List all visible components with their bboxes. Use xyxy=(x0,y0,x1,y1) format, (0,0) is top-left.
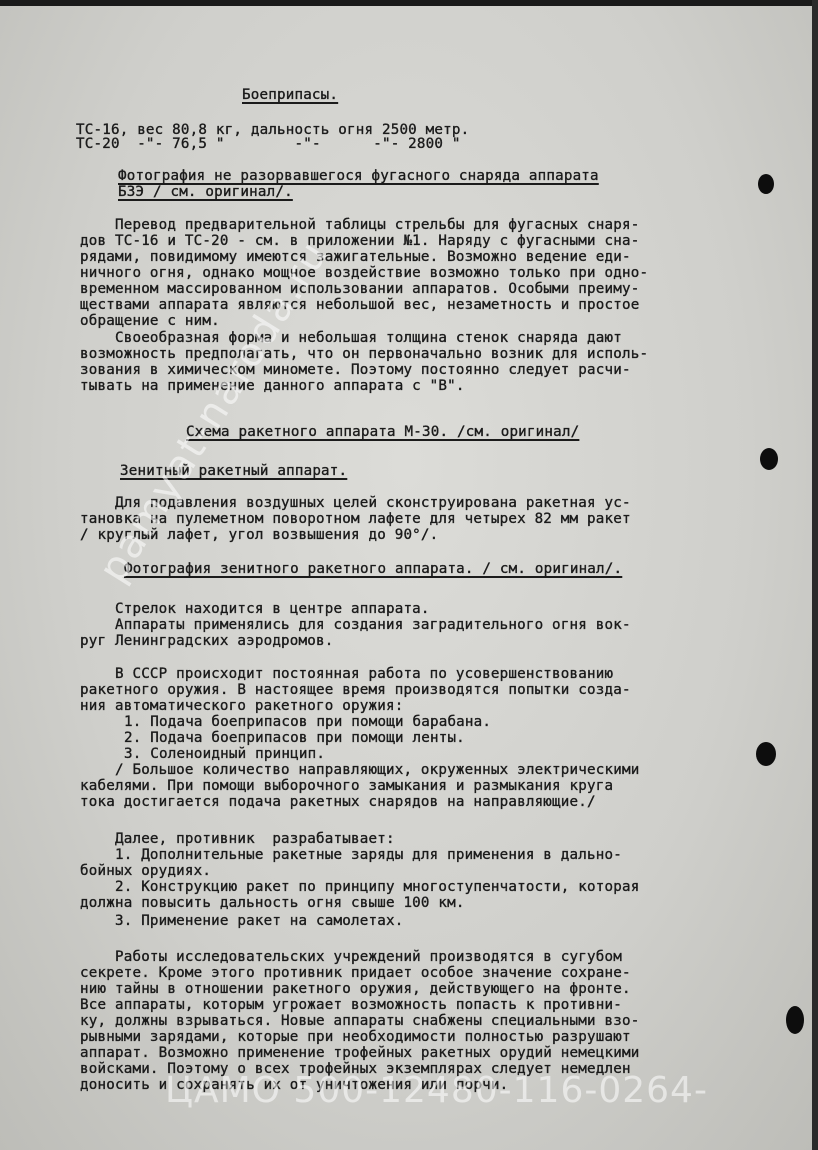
list-item: 2. Конструкцию ракет по принципу многост… xyxy=(80,880,639,895)
ink-blot xyxy=(758,174,774,194)
ink-blot xyxy=(786,1006,804,1034)
text-line: Аппараты применялись для создания заград… xyxy=(80,618,631,633)
page-edge-shadow xyxy=(812,0,818,1150)
text-line: аппарат. Возможно применение трофейных р… xyxy=(80,1046,639,1061)
text-line: В СССР происходит постоянная работа по у… xyxy=(80,667,613,682)
text-line: дов ТС-16 и ТС-20 - см. в приложении №1.… xyxy=(80,234,639,249)
text-line: Все аппараты, которым угрожает возможнос… xyxy=(80,998,622,1013)
photo-caption-line-2: БЗЭ / см. оригинал/. xyxy=(118,185,703,200)
section-heading-ammunition: Боеприпасы. xyxy=(242,88,338,103)
scheme-caption: Схема ракетного аппарата М-30. /см. ориг… xyxy=(186,425,579,440)
text-line: кабелями. При помощи выборочного замыкан… xyxy=(80,779,613,794)
list-item: должна повысить дальность огня свыше 100… xyxy=(80,896,465,911)
photo-caption-line-1: Фотография не разорвавшегося фугасного с… xyxy=(118,169,599,184)
text-line: ку, должны взрываться. Новые аппараты сн… xyxy=(80,1014,639,1029)
paragraph-enemy-develops: Далее, противник разрабатывает: xyxy=(80,832,395,847)
text-line: ществами аппарата являются небольшой вес… xyxy=(80,298,639,313)
text-line: Стрелок находится в центре аппарата. xyxy=(80,602,430,617)
text-line: Работы исследовательских учреждений прои… xyxy=(80,950,622,965)
text-line: рывными зарядами, которые при необходимо… xyxy=(80,1030,631,1045)
text-line: тывать на применение данного аппарата с … xyxy=(80,379,465,394)
text-line: ракетного оружия. В настоящее время прои… xyxy=(80,683,631,698)
text-line: руг Ленинградских аэродромов. xyxy=(80,634,334,649)
text-line: ния автоматического ракетного оружия: xyxy=(80,699,403,714)
watermark-archive-code: ЦАМО 500-12480-116-0264- xyxy=(165,1070,708,1111)
text-line: рядами, повидимому имеются зажигательные… xyxy=(80,250,631,265)
list-item: бойных орудиях. xyxy=(80,864,211,879)
aa-photo-caption: Фотография зенитного ракетного аппарата.… xyxy=(124,562,622,577)
text-line: нию тайны в отношении ракетного оружия, … xyxy=(80,982,631,997)
text-line: ничного огня, однако мощное воздействие … xyxy=(80,266,648,281)
list-item: 1. Дополнительные ракетные заряды для пр… xyxy=(80,848,622,863)
text-line: секрете. Кроме этого противник придает о… xyxy=(80,966,631,981)
list-item: 3. Применение ракет на самолетах. xyxy=(80,914,403,929)
text-line: Своеобразная форма и небольшая толщина с… xyxy=(80,331,622,346)
text-line: временном массированном использовании ап… xyxy=(80,282,639,297)
text-line: зования в химическом миномете. Поэтому п… xyxy=(80,363,631,378)
list-item: 2. Подача боеприпасов при помощи ленты. xyxy=(124,731,465,746)
text-line: / Большое количество направляющих, окруж… xyxy=(80,763,639,778)
document-page: Боеприпасы. ТС-16, вес 80,8 кг, дальност… xyxy=(0,6,812,1150)
text-line: возможность предполагать, что он первона… xyxy=(80,347,648,362)
ink-blot xyxy=(760,448,778,470)
ink-blot xyxy=(756,742,776,766)
spec-ts20: ТС-20 -"- 76,5 " -"- -"- 2800 " xyxy=(76,137,461,152)
list-item: 3. Соленоидный принцип. xyxy=(124,747,325,762)
list-item: 1. Подача боеприпасов при помощи барабан… xyxy=(124,715,491,730)
text-line: обращение с ним. xyxy=(80,314,220,329)
text-line: Перевод предварительной таблицы стрельбы… xyxy=(80,218,639,233)
text-line: тока достигается подача ракетных снарядо… xyxy=(80,795,596,810)
